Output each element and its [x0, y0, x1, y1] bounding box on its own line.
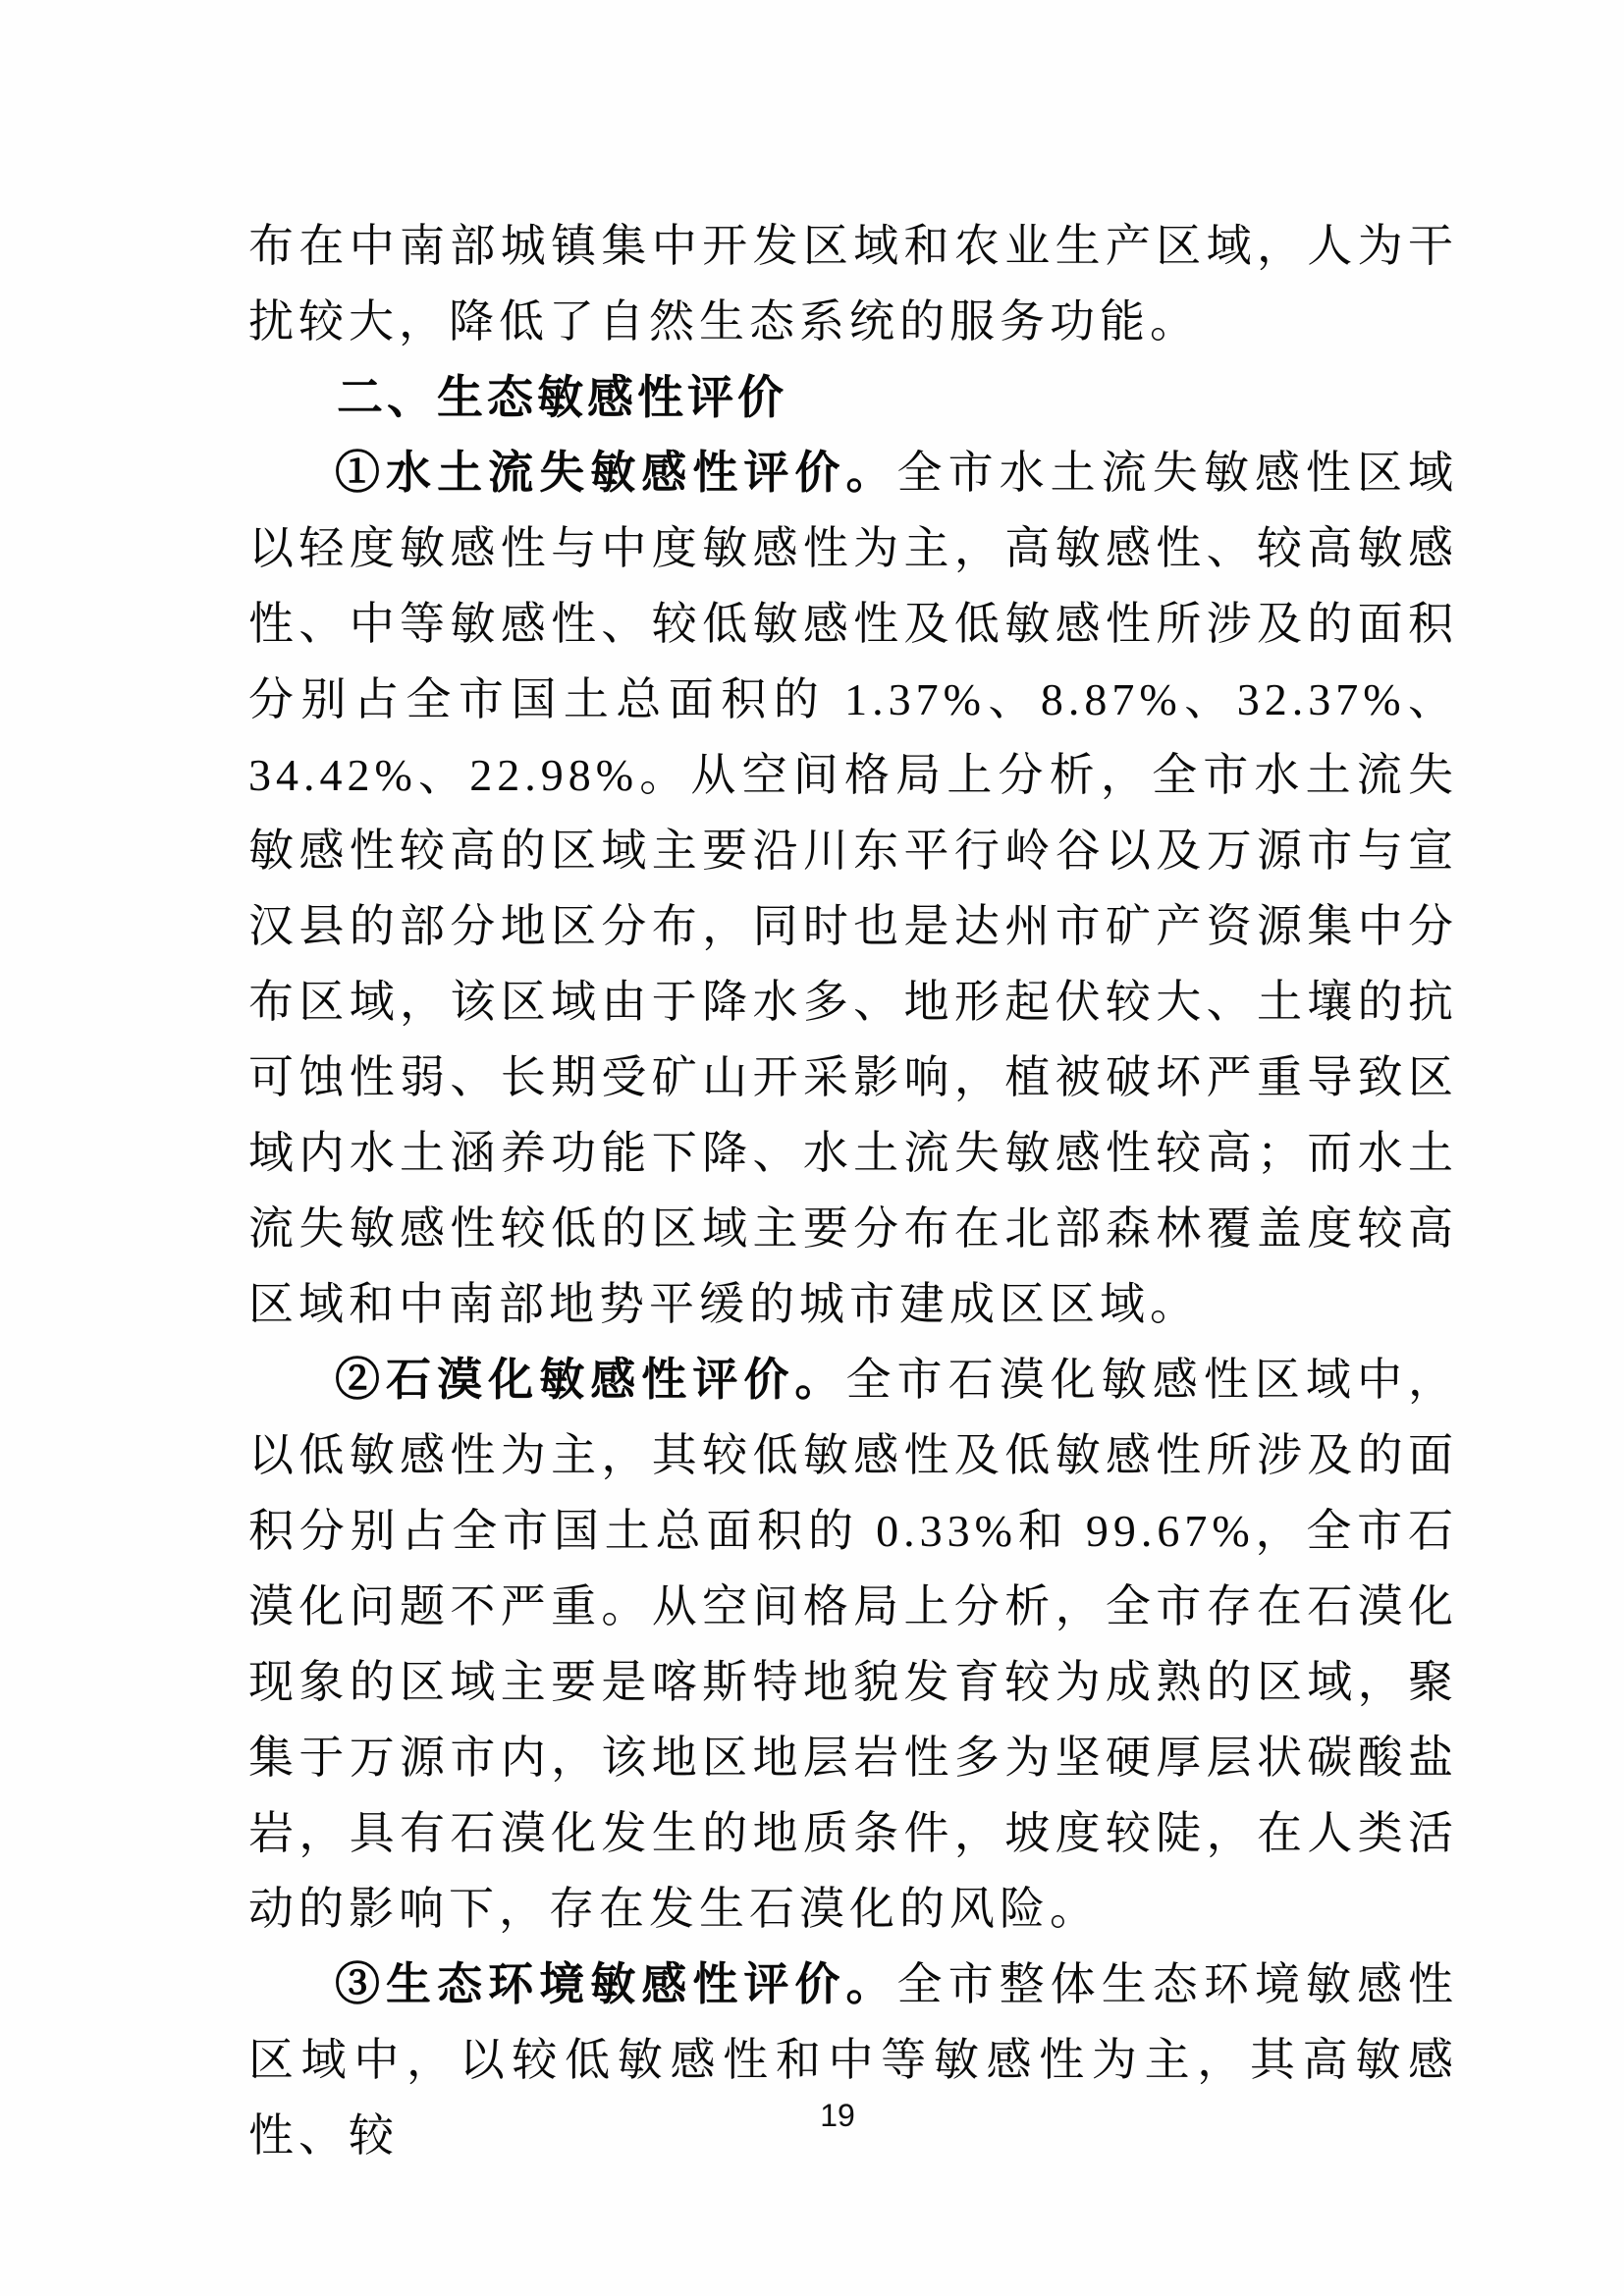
page-number: 19 [0, 2099, 1624, 2132]
paragraph-soil-erosion-body: 全市水土流失敏感性区域以轻度敏感性与中度敏感性为主，高敏感性、较高敏感性、中等敏… [248, 448, 1458, 1329]
paragraph-rocky-desertification-lead: ②石漠化敏感性评价。 [335, 1355, 845, 1405]
document-body: 布在中南部城镇集中开发区域和农业生产区域，人为干扰较大，降低了自然生态系统的服务… [248, 208, 1458, 2173]
continuation-paragraph: 布在中南部城镇集中开发区域和农业生产区域，人为干扰较大，降低了自然生态系统的服务… [248, 208, 1458, 359]
continuation-text: 布在中南部城镇集中开发区域和农业生产区域，人为干扰较大，降低了自然生态系统的服务… [248, 221, 1458, 347]
paragraph-soil-erosion-lead: ①水土流失敏感性评价。 [335, 448, 897, 498]
paragraph-eco-environment-lead: ③生态环境敏感性评价。 [335, 1959, 897, 2009]
paragraph-rocky-desertification-body: 全市石漠化敏感性区域中，以低敏感性为主，其较低敏感性及低敏感性所涉及的面积分别占… [248, 1355, 1458, 1934]
section-heading: 二、生态敏感性评价 [248, 359, 1458, 435]
paragraph-rocky-desertification: ②石漠化敏感性评价。全市石漠化敏感性区域中，以低敏感性为主，其较低敏感性及低敏感… [248, 1342, 1458, 1947]
paragraph-soil-erosion: ①水土流失敏感性评价。全市水土流失敏感性区域以轻度敏感性与中度敏感性为主，高敏感… [248, 435, 1458, 1342]
document-page: 布在中南部城镇集中开发区域和农业生产区域，人为干扰较大，降低了自然生态系统的服务… [0, 0, 1624, 2296]
paragraph-eco-environment: ③生态环境敏感性评价。全市整体生态环境敏感性区域中，以较低敏感性和中等敏感性为主… [248, 1947, 1458, 2173]
